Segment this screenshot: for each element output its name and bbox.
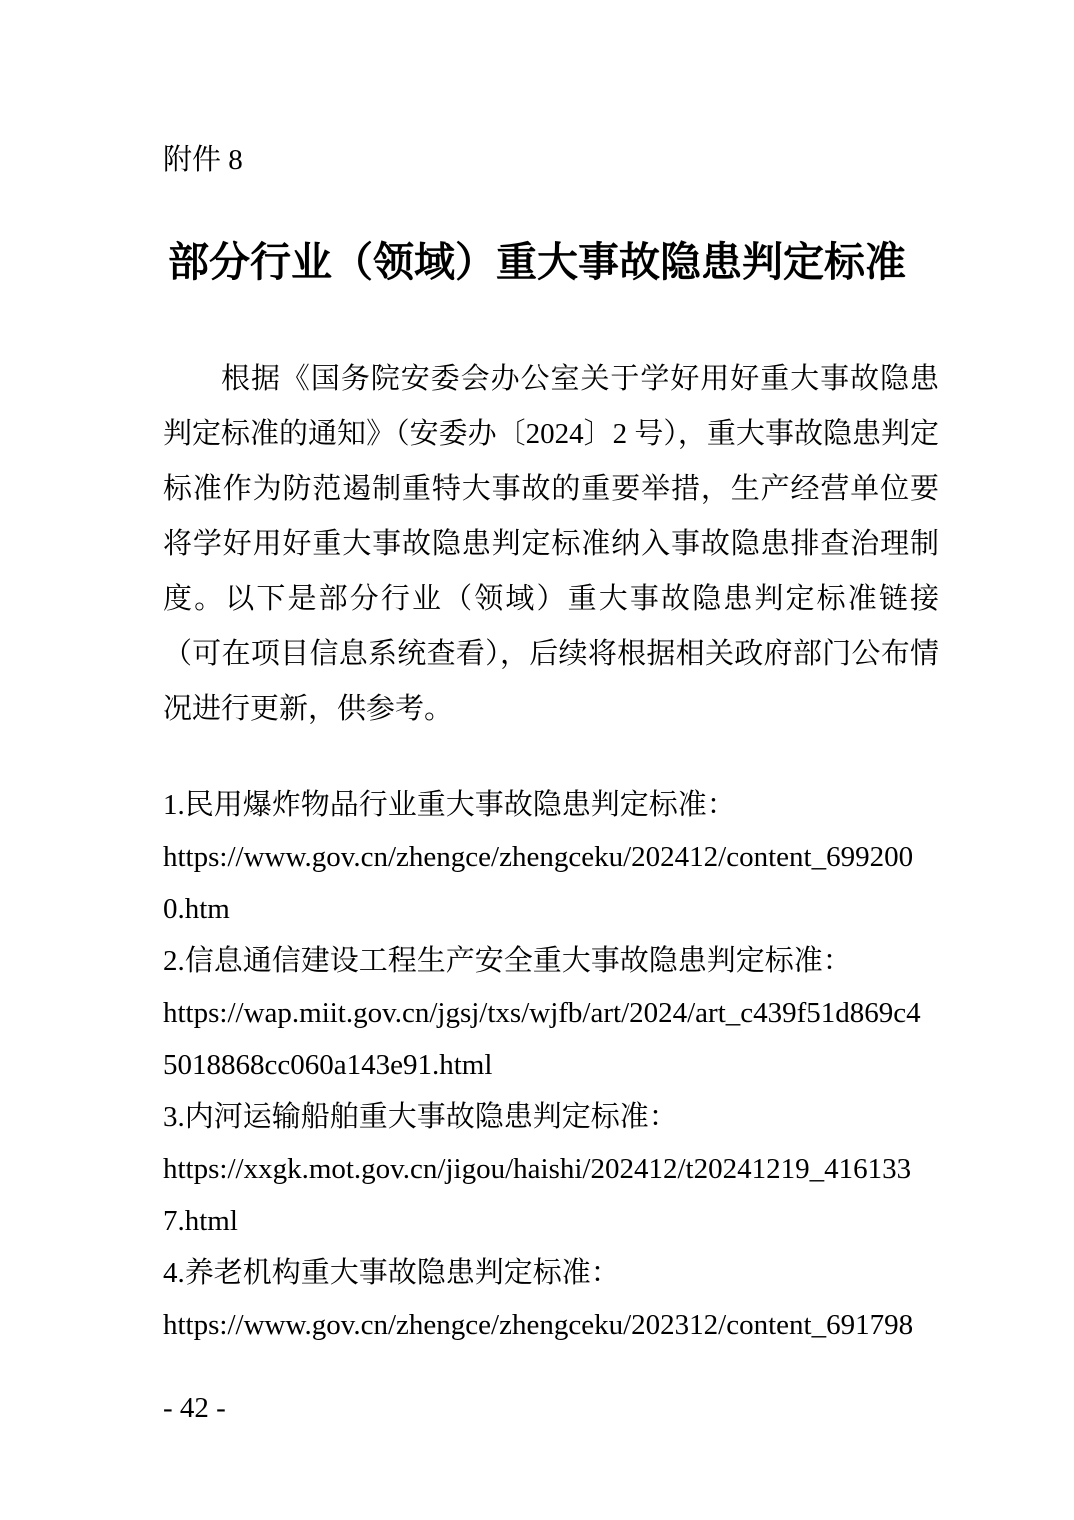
attachment-label: 附件 8 <box>163 142 243 178</box>
page-title: 部分行业（领域）重大事故隐患判定标准 <box>0 232 1074 292</box>
standards-list: 1.民用爆炸物品行业重大事故隐患判定标准： https://www.gov.cn… <box>163 779 929 1351</box>
standard-item-label: 1.民用爆炸物品行业重大事故隐患判定标准： <box>163 779 929 831</box>
document-page: 附件 8 部分行业（领域）重大事故隐患判定标准 根据《国务院安委会办公室关于学好… <box>0 0 1074 1520</box>
standard-item-label: 4.养老机构重大事故隐患判定标准： <box>163 1247 929 1299</box>
list-item: 1.民用爆炸物品行业重大事故隐患判定标准： https://www.gov.cn… <box>163 779 929 935</box>
standard-item-url: https://www.gov.cn/zhengce/zhengceku/202… <box>163 1299 929 1351</box>
page-number: - 42 - <box>163 1390 226 1426</box>
standard-item-url: https://wap.miit.gov.cn/jgsj/txs/wjfb/ar… <box>163 987 929 1091</box>
standard-item-label: 2.信息通信建设工程生产安全重大事故隐患判定标准： <box>163 935 929 987</box>
intro-paragraph: 根据《国务院安委会办公室关于学好用好重大事故隐患判定标准的通知》（安委办〔202… <box>163 352 939 737</box>
list-item: 4.养老机构重大事故隐患判定标准： https://www.gov.cn/zhe… <box>163 1247 929 1351</box>
standard-item-url: https://www.gov.cn/zhengce/zhengceku/202… <box>163 831 929 935</box>
list-item: 3.内河运输船舶重大事故隐患判定标准： https://xxgk.mot.gov… <box>163 1091 929 1247</box>
list-item: 2.信息通信建设工程生产安全重大事故隐患判定标准： https://wap.mi… <box>163 935 929 1091</box>
standard-item-label: 3.内河运输船舶重大事故隐患判定标准： <box>163 1091 929 1143</box>
standard-item-url: https://xxgk.mot.gov.cn/jigou/haishi/202… <box>163 1143 929 1247</box>
